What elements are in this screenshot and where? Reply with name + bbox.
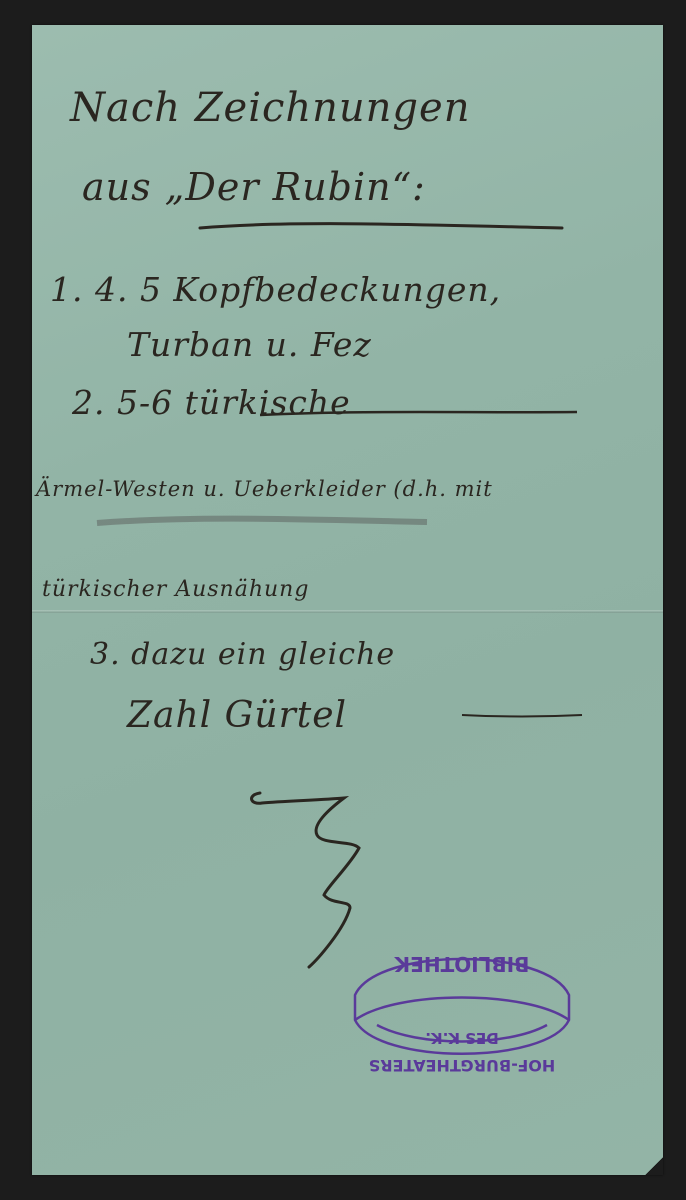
document-paper: Nach Zeichnungen aus „Der Rubin“: 1. 4. …	[32, 25, 663, 1175]
stamp-text-middle: DES K.K.	[425, 1029, 498, 1047]
stamp-text-hofburgtheaters: HOF-BURGTHEATERS	[369, 1056, 556, 1075]
stamp-text-bibliothek: BIBLIOTHEK	[393, 952, 529, 976]
library-stamp: DES K.K. BIBLIOTHEK HOF-BURGTHEATERS	[337, 937, 587, 1075]
